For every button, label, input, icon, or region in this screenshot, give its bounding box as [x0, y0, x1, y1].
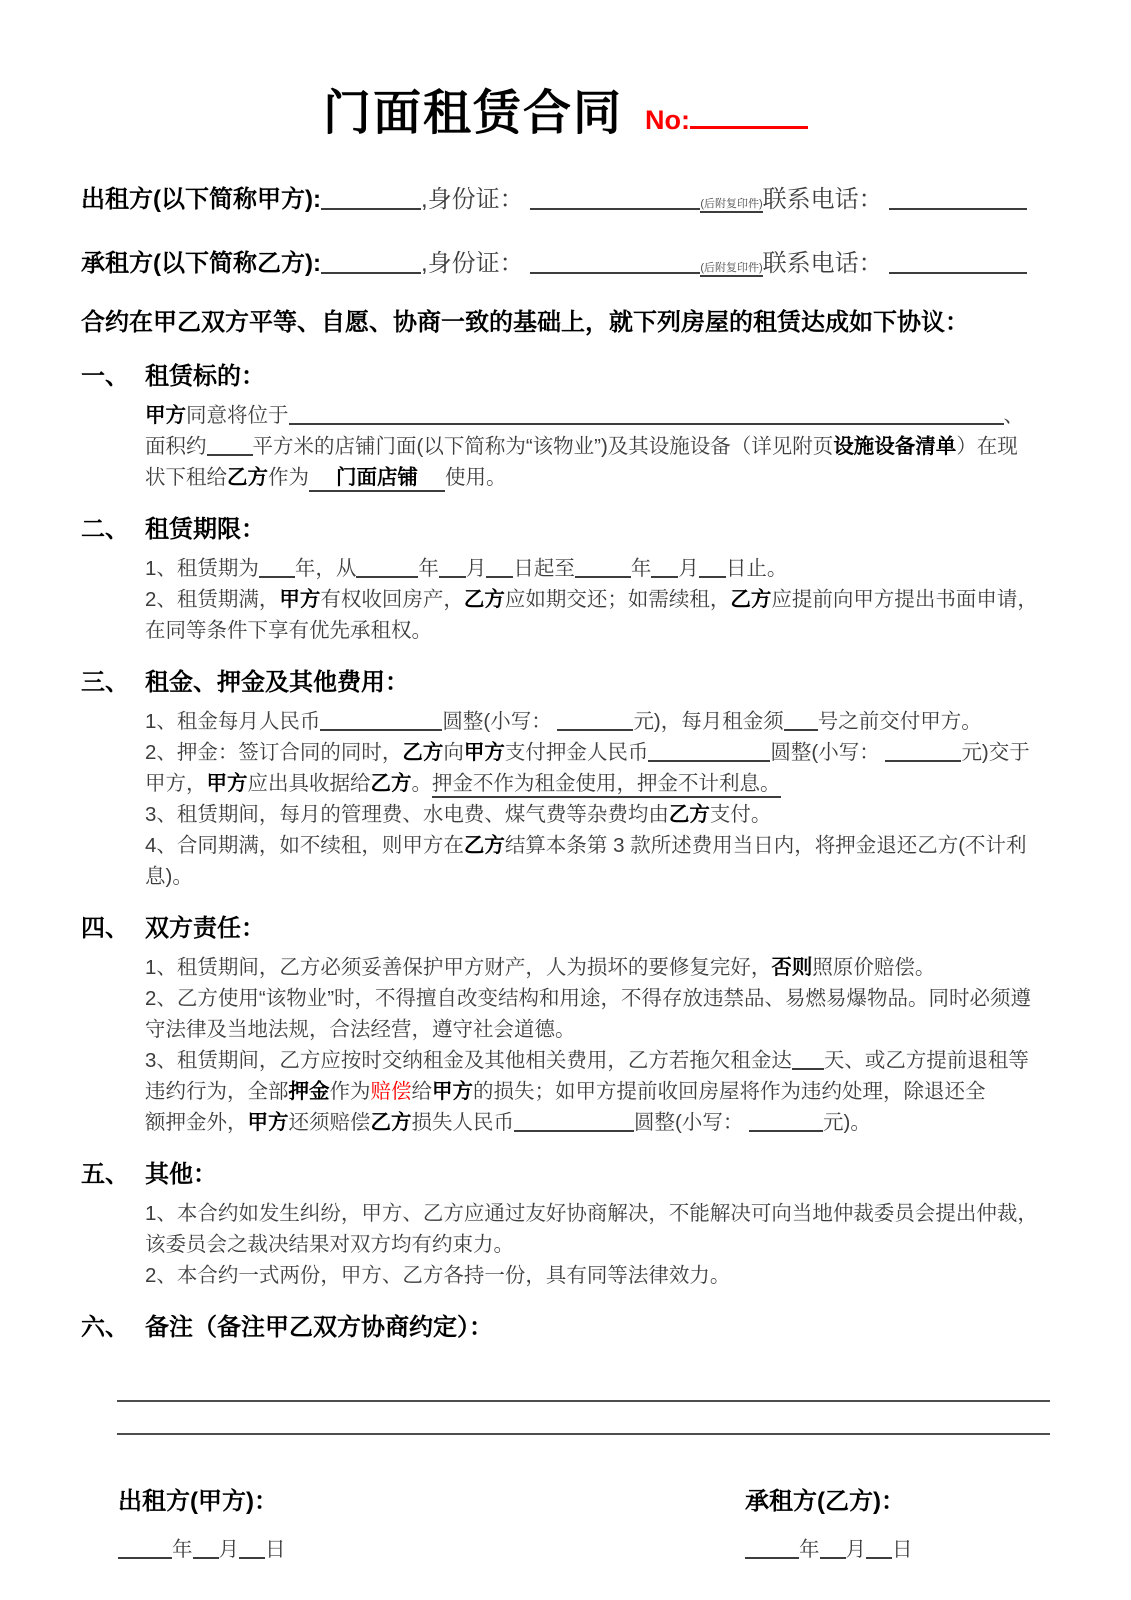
blank-field	[699, 556, 726, 579]
section-heading: 一、 租赁标的：	[81, 360, 1050, 400]
text-segment: 圆整(小写：	[770, 741, 885, 764]
section-number: 三、	[81, 666, 145, 700]
section-title: 租赁标的：	[145, 360, 265, 394]
text-segment: 年	[418, 557, 439, 580]
text-segment: 甲方	[464, 741, 505, 764]
text-segment: 日	[892, 1538, 913, 1561]
text-segment: 日止。	[726, 557, 788, 580]
title-row: 门面租赁合同 No:	[81, 85, 1050, 143]
text-segment: 的损失；如甲方提前收回房屋将作为违约处理，除退还全	[473, 1080, 986, 1103]
text-segment: 年	[172, 1538, 193, 1561]
section-title: 备注（备注甲乙双方协商约定）：	[145, 1311, 493, 1345]
section-body: 1、租赁期间，乙方必须妥善保护甲方财产，人为损坏的要修复完好，否则照原价赔偿。 …	[145, 952, 1050, 1138]
section-body: 甲方同意将位于、面积约平方米的店铺门面(以下简称为“该物业”)及其设施设备（详见…	[145, 400, 1050, 493]
text-segment: 元)交于	[961, 741, 1029, 764]
text-segment: 元)，每月租金须	[633, 710, 783, 733]
blank-field	[207, 434, 253, 457]
text-segment: 、	[1004, 404, 1025, 427]
paragraph: 甲方同意将位于、面积约平方米的店铺门面(以下简称为“该物业”)及其设施设备（详见…	[145, 400, 1050, 493]
text-segment: 在同等条件下享有优先承租权。	[145, 619, 432, 642]
text-segment: 1、本合约如发生纠纷，甲方、乙方应通过友好协商解决，不能解决可向当地仲裁委员会提…	[145, 1202, 1038, 1225]
section-body: 1、本合约如发生纠纷，甲方、乙方应通过友好协商解决，不能解决可向当地仲裁委员会提…	[145, 1198, 1050, 1291]
contract-no-label: No:	[645, 105, 690, 136]
lessee-date-line: 年月日	[745, 1534, 913, 1565]
blank-field	[530, 184, 700, 210]
text-segment: 年，从	[295, 557, 357, 580]
paragraph: 2、本合约一式两份，甲方、乙方各持一份，具有同等法律效力。	[145, 1260, 1050, 1291]
blank-field	[889, 184, 1027, 210]
text-segment: 结算本条第 3 款所述费用当日内，将押金退还乙方(不计利	[505, 834, 1027, 857]
text-segment: ,身份证：	[421, 250, 530, 277]
section-body: 1、租金每月人民币圆整(小写： 元)，每月租金须号之前交付甲方。 2、押金：签订…	[145, 706, 1050, 892]
text-segment: 照原价赔偿。	[812, 956, 935, 979]
paragraph: 1、租赁期间，乙方必须妥善保护甲方财产，人为损坏的要修复完好，否则照原价赔偿。	[145, 952, 1050, 983]
text-segment: 年	[799, 1538, 820, 1561]
paragraph: 4、合同期满，如不续租，则甲方在乙方结算本条第 3 款所述费用当日内，将押金退还…	[145, 830, 1050, 892]
text-segment: 违约行为，全部	[145, 1080, 289, 1103]
text-segment: 月	[219, 1538, 240, 1561]
blank-field	[820, 1537, 846, 1560]
blank-field	[749, 1110, 823, 1133]
text-segment: 圆整(小写：	[442, 710, 557, 733]
text-segment: 2、本合约一式两份，甲方、乙方各持一份，具有同等法律效力。	[145, 1264, 730, 1287]
text-segment: 日起至	[513, 557, 575, 580]
text-segment: 3、租赁期间，乙方应按时交纳租金及其他相关费用，乙方若拖欠租金达	[145, 1049, 792, 1072]
blank-field	[259, 556, 295, 579]
text-segment: 月	[846, 1538, 867, 1561]
section-heading: 三、 租金、押金及其他费用：	[81, 666, 1050, 706]
text-segment: 月	[466, 557, 487, 580]
paragraph: 1、租赁期为年，从年月日起至年月日止。	[145, 553, 1050, 584]
text-segment: 赔偿	[371, 1080, 412, 1103]
text-segment: 2、乙方使用“该物业”时，不得擅自改变结构和用途，不得存放违禁品、易燃易爆物品。…	[145, 987, 1031, 1010]
text-segment: 乙方	[730, 588, 771, 611]
section-heading: 二、 租赁期限：	[81, 513, 1050, 553]
text-segment: 乙方	[227, 466, 268, 489]
text-segment: 息)。	[145, 865, 193, 888]
text-segment: 圆整(小写：	[634, 1111, 749, 1134]
text-segment: 给	[412, 1080, 433, 1103]
section-title: 双方责任：	[145, 912, 265, 946]
blank-field	[514, 1110, 634, 1133]
text-segment: 设施设备清单	[833, 435, 956, 458]
text-segment: 年	[631, 557, 652, 580]
text-segment: 月	[678, 557, 699, 580]
blank-field	[889, 248, 1027, 274]
text-segment: 甲方	[279, 588, 320, 611]
text-segment: 状下租给	[145, 466, 227, 489]
blank-field	[289, 403, 1004, 426]
text-segment: 乙方	[464, 588, 505, 611]
section-heading: 六、 备注（备注甲乙双方协商约定）：	[81, 1311, 1050, 1351]
text-segment: 使用。	[445, 466, 507, 489]
section-responsibilities: 四、 双方责任： 1、租赁期间，乙方必须妥善保护甲方财产，人为损坏的要修复完好，…	[81, 912, 1050, 1138]
blank-field	[575, 556, 631, 579]
section-others: 五、 其他： 1、本合约如发生纠纷，甲方、乙方应通过友好协商解决，不能解决可向当…	[81, 1158, 1050, 1291]
blank-field	[356, 556, 418, 579]
text-segment: 押金	[289, 1080, 330, 1103]
text-segment: 乙方	[402, 741, 443, 764]
blank-field	[792, 1048, 824, 1071]
text-segment: 乙方	[371, 772, 412, 795]
text-segment: 联系电话：	[763, 250, 890, 277]
blank-field	[321, 184, 421, 210]
text-segment: 1、租赁期为	[145, 557, 259, 580]
section-number: 一、	[81, 360, 145, 394]
blank-field	[885, 740, 961, 763]
lessor-signature-block: 出租方(甲方)： 年月日	[118, 1485, 745, 1565]
text-segment: 甲方	[248, 1111, 289, 1134]
text-segment: 号之前交付甲方。	[818, 710, 982, 733]
contract-no-blank-field	[690, 110, 808, 129]
text-segment: 1、租金每月人民币	[145, 710, 320, 733]
remarks-blank-line	[117, 1369, 1050, 1402]
text-segment: 损失人民币	[412, 1111, 515, 1134]
contract-page: 门面租赁合同 No: 出租方(以下简称甲方):,身份证： (后附复印件)联系电话…	[0, 0, 1050, 1565]
text-segment: 乙方	[464, 834, 505, 857]
blank-field	[239, 1537, 265, 1560]
blank-field	[745, 1537, 799, 1560]
text-segment: 甲方	[432, 1080, 473, 1103]
paragraph: 2、乙方使用“该物业”时，不得擅自改变结构和用途，不得存放违禁品、易燃易爆物品。…	[145, 983, 1050, 1045]
blank-field	[530, 248, 700, 274]
paragraph: 2、租赁期满，甲方有权收回房产，乙方应如期交还；如需续租，乙方应提前向甲方提出书…	[145, 584, 1050, 646]
section-title: 租赁期限：	[145, 513, 265, 547]
signature-row: 出租方(甲方)： 年月日 承租方(乙方)： 年月日	[81, 1485, 1050, 1565]
intro-paragraph: 合约在甲乙双方平等、自愿、协商一致的基础上，就下列房屋的租赁达成如下协议：	[81, 306, 1050, 340]
blank-field	[648, 740, 770, 763]
text-segment: 该委员会之裁决结果对双方均有约束力。	[145, 1233, 514, 1256]
section-heading: 五、 其他：	[81, 1158, 1050, 1198]
section-remarks: 六、 备注（备注甲乙双方协商约定）：	[81, 1311, 1050, 1435]
blank-field	[439, 556, 466, 579]
remarks-area	[117, 1369, 1050, 1435]
text-segment: 门面店铺	[309, 466, 445, 492]
text-segment: (后附复印件)	[700, 262, 762, 277]
text-segment: 甲方	[145, 404, 186, 427]
text-segment: 日	[265, 1538, 286, 1561]
paragraph: 1、租金每月人民币圆整(小写： 元)，每月租金须号之前交付甲方。	[145, 706, 1050, 737]
text-segment: 面积约	[145, 435, 207, 458]
lessor-date-line: 年月日	[118, 1534, 745, 1565]
text-segment: 甲方，	[145, 772, 207, 795]
text-segment: ）在现	[956, 435, 1018, 458]
page-title: 门面租赁合同	[323, 85, 623, 143]
text-segment: 守法律及当地法规，合法经营，遵守社会道德。	[145, 1018, 576, 1041]
text-segment: 2、租赁期满，	[145, 588, 279, 611]
text-segment: 。	[412, 772, 433, 795]
remarks-blank-line	[117, 1402, 1050, 1435]
text-segment: 额押金外，	[145, 1111, 248, 1134]
text-segment: 支付。	[710, 803, 772, 826]
text-segment: 平方米的店铺门面(以下简称为“该物业”)及其设施设备（详见附页	[253, 435, 834, 458]
section-number: 二、	[81, 513, 145, 547]
section-title: 租金、押金及其他费用：	[145, 666, 409, 700]
text-segment: 甲方	[207, 772, 248, 795]
paragraph: 3、租赁期间，每月的管理费、水电费、煤气费等杂费均由乙方支付。	[145, 799, 1050, 830]
text-segment: (后附复印件)	[700, 198, 762, 213]
text-segment: 作为	[268, 466, 309, 489]
text-segment: 1、租赁期间，乙方必须妥善保护甲方财产，人为损坏的要修复完好，	[145, 956, 771, 979]
blank-field	[118, 1537, 172, 1560]
blank-field	[557, 709, 633, 732]
text-segment: 乙方	[371, 1111, 412, 1134]
text-segment: 出租方(以下简称甲方):	[81, 186, 321, 213]
text-segment: 元)。	[823, 1111, 871, 1134]
text-segment: 4、合同期满，如不续租，则甲方在	[145, 834, 464, 857]
text-segment: 应出具收据给	[248, 772, 371, 795]
text-segment: 承租方(以下简称乙方):	[81, 250, 321, 277]
section-lease-term: 二、 租赁期限： 1、租赁期为年，从年月日起至年月日止。 2、租赁期满，甲方有权…	[81, 513, 1050, 646]
text-segment: 合约在甲乙双方平等、自愿、协商一致的基础上，就下列房屋的租赁达成如下协议：	[81, 309, 969, 336]
section-rent-deposit-fees: 三、 租金、押金及其他费用： 1、租金每月人民币圆整(小写： 元)，每月租金须号…	[81, 666, 1050, 892]
text-segment: 乙方	[669, 803, 710, 826]
section-lease-subject: 一、 租赁标的： 甲方同意将位于、面积约平方米的店铺门面(以下简称为“该物业”)…	[81, 360, 1050, 493]
text-segment: 同意将位于	[186, 404, 289, 427]
text-segment: 应如期交还；如需续租，	[505, 588, 731, 611]
lessor-line: 出租方(以下简称甲方):,身份证： (后附复印件)联系电话：	[81, 183, 1050, 221]
text-segment: 支付押金人民币	[505, 741, 649, 764]
text-segment: 还须赔偿	[289, 1111, 371, 1134]
text-segment: 3、租赁期间，每月的管理费、水电费、煤气费等杂费均由	[145, 803, 669, 826]
blank-field	[866, 1537, 892, 1560]
text-segment: 应提前向甲方提出书面申请，	[771, 588, 1038, 611]
blank-field	[651, 556, 678, 579]
section-number: 五、	[81, 1158, 145, 1192]
text-segment: 作为	[330, 1080, 371, 1103]
blank-field	[784, 709, 818, 732]
text-segment: 天、或乙方提前退租等	[824, 1049, 1029, 1072]
paragraph: 1、本合约如发生纠纷，甲方、乙方应通过友好协商解决，不能解决可向当地仲裁委员会提…	[145, 1198, 1050, 1260]
text-segment: ,身份证：	[421, 186, 530, 213]
blank-field	[320, 709, 442, 732]
text-segment: 有权收回房产，	[320, 588, 464, 611]
lessee-signature-label: 承租方(乙方)：	[745, 1485, 913, 1519]
section-title: 其他：	[145, 1158, 217, 1192]
blank-field	[321, 248, 421, 274]
section-body: 1、租赁期为年，从年月日起至年月日止。 2、租赁期满，甲方有权收回房产，乙方应如…	[145, 553, 1050, 646]
section-heading: 四、 双方责任：	[81, 912, 1050, 952]
paragraph: 2、押金：签订合同的同时，乙方向甲方支付押金人民币圆整(小写： 元)交于甲方，甲…	[145, 737, 1050, 799]
lessee-line: 承租方(以下简称乙方):,身份证： (后附复印件)联系电话：	[81, 247, 1050, 285]
text-segment: 否则	[771, 956, 812, 979]
blank-field	[193, 1537, 219, 1560]
text-segment: 2、押金：签订合同的同时，	[145, 741, 402, 764]
text-segment: 联系电话：	[763, 186, 890, 213]
paragraph: 3、租赁期间，乙方应按时交纳租金及其他相关费用，乙方若拖欠租金达天、或乙方提前退…	[145, 1045, 1050, 1138]
lessor-signature-label: 出租方(甲方)：	[118, 1485, 745, 1519]
section-number: 六、	[81, 1311, 145, 1345]
text-segment: 押金不作为租金使用，押金不计利息。	[432, 772, 781, 798]
blank-field	[486, 556, 513, 579]
text-segment: 向	[443, 741, 464, 764]
lessee-signature-block: 承租方(乙方)： 年月日	[745, 1485, 913, 1565]
section-number: 四、	[81, 912, 145, 946]
